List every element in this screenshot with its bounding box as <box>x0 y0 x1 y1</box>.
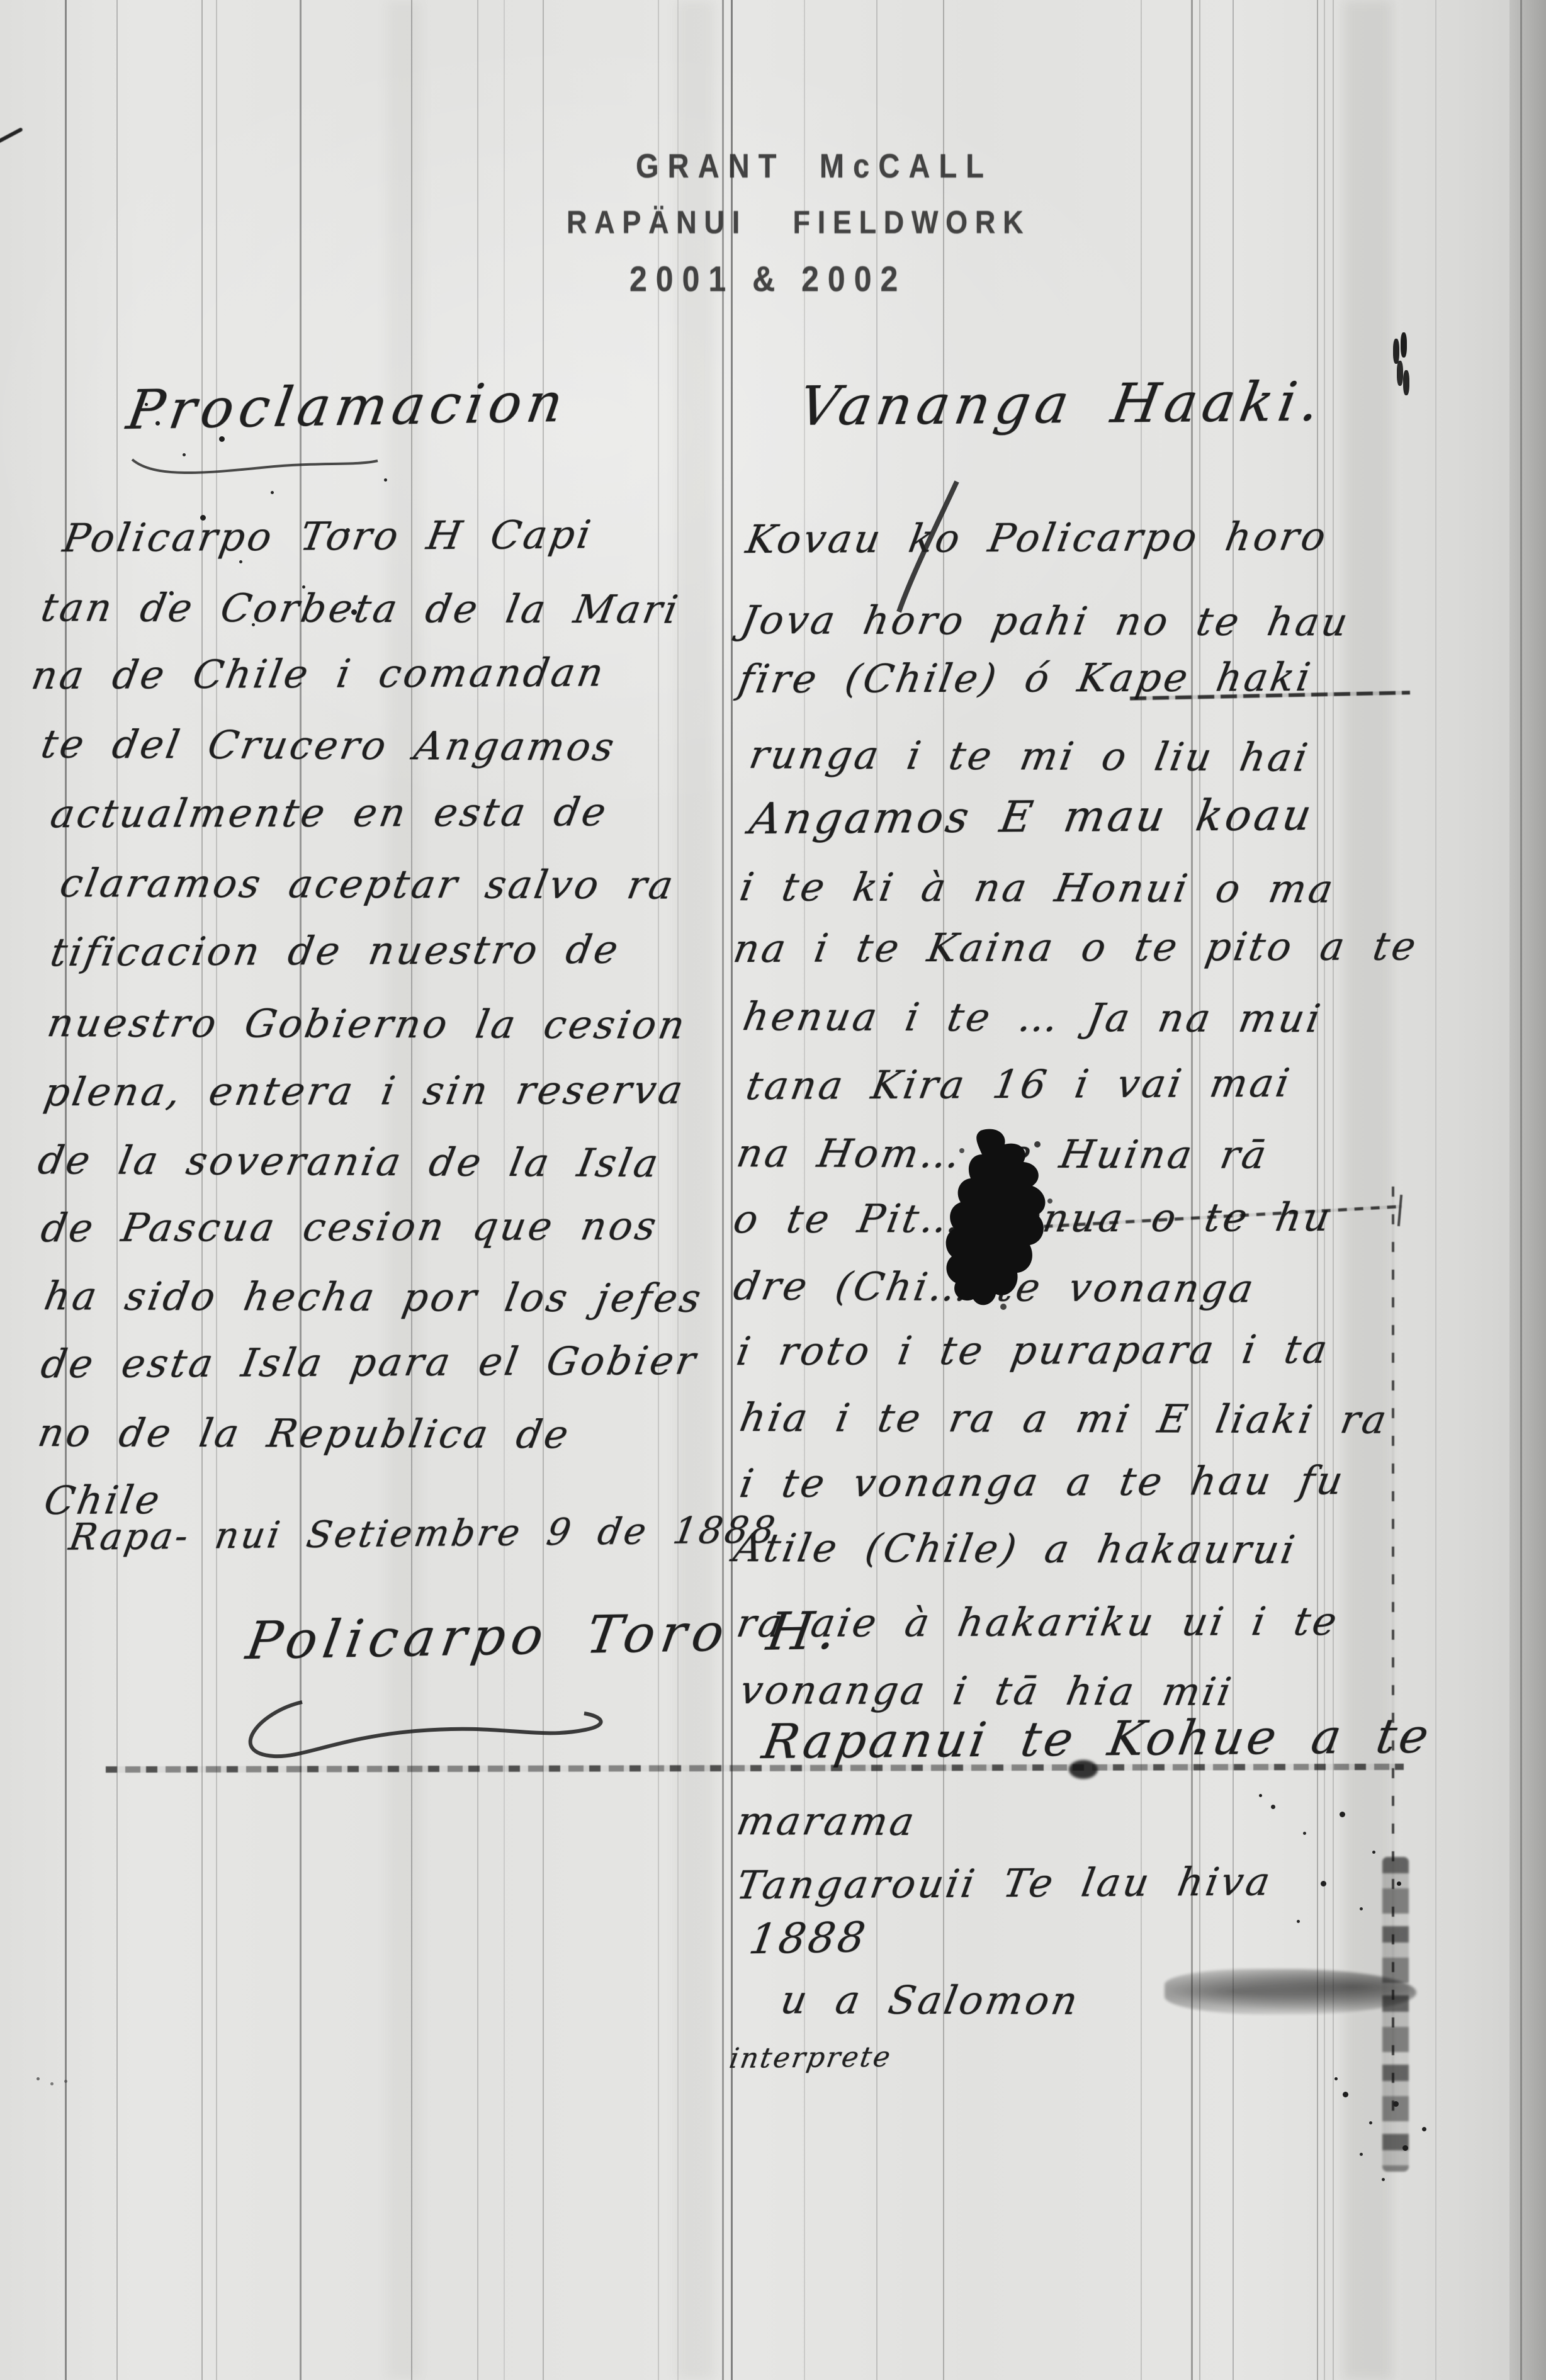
fold-line <box>504 0 505 2380</box>
scan-shading-band <box>677 0 714 2380</box>
manuscript-line: fire (Chile) ó Kape haki <box>735 654 1316 702</box>
left-column-heading: Proclamacion <box>123 371 572 442</box>
fold-line <box>658 0 659 2380</box>
manuscript-line: te del Crucero Angamos <box>38 721 620 770</box>
fold-line <box>1199 0 1200 2380</box>
signature-flourish <box>208 1693 611 1762</box>
fold-line <box>216 0 217 2380</box>
manuscript-line: claramos aceptar salvo ra <box>57 860 679 908</box>
right-margin-ink-streak <box>1382 1857 1409 2172</box>
stamp-line-3: 2001 & 2002 <box>629 258 906 300</box>
column-divider-line <box>731 0 733 2380</box>
manuscript-line: de esta Isla para el Gobier <box>38 1338 702 1387</box>
manuscript-line: Kovau ko Policarpo horo <box>743 513 1332 562</box>
manuscript-line: Tangarouii Te lau hiva <box>733 1858 1276 1908</box>
fold-line <box>1141 0 1142 2380</box>
manuscript-line: ra aie à hakariku ui i te <box>733 1598 1343 1646</box>
manuscript-line: actualmente en esta de <box>47 789 612 837</box>
manuscript-line: Angamos E mau koau <box>746 791 1317 844</box>
manuscript-line: runga i te mi o liu hai <box>746 731 1314 781</box>
stamp-line-1: GRANT McCALL <box>636 146 993 186</box>
manuscript-line: interprete <box>727 2041 894 2075</box>
right-edge-shadow <box>1509 0 1546 2380</box>
signature-smudge <box>1165 1969 1416 2014</box>
manuscript-line: Atile (Chile) a hakaurui <box>730 1525 1301 1572</box>
fold-line <box>1435 0 1436 2380</box>
manuscript-line: tana Kira 16 i vai mai <box>743 1059 1295 1108</box>
fold-line <box>1333 0 1334 2380</box>
fold-line <box>1317 0 1318 2380</box>
right-column-heading: Vananga Haaki. <box>794 371 1329 438</box>
fold-line <box>1520 0 1522 2380</box>
manuscript-line: de Pascua cesion que nos <box>38 1203 662 1251</box>
pen-mark <box>0 127 23 144</box>
manuscript-line: Jova horo pahi no te hau <box>738 597 1354 645</box>
manuscript-line: tificacion de nuestro de <box>47 926 624 975</box>
manuscript-line: u a Salomon <box>777 1977 1084 2024</box>
fold-line <box>201 0 203 2380</box>
fold-line <box>876 0 877 2380</box>
manuscript-line: i te vonanga a te hau fu <box>736 1457 1349 1506</box>
manuscript-line: ha sido hecha por los jefes <box>41 1273 707 1321</box>
manuscript-line: nuestro Gobierno la cesion <box>44 1000 691 1048</box>
scanned-document-page: GRANT McCALL RAPÄNUI FIELDWORK 2001 & 20… <box>0 0 1546 2380</box>
ink-tick <box>1401 332 1407 358</box>
fold-line <box>65 0 67 2380</box>
fold-line <box>477 0 478 2380</box>
manuscript-line: tan de Corbeta de la Mari <box>38 584 684 633</box>
heading-underline-swash <box>129 448 381 486</box>
manuscript-line: Rapanui te Kohue a te <box>759 1708 1436 1769</box>
manuscript-line: marama <box>733 1798 920 1844</box>
fold-line <box>543 0 544 2380</box>
speckle-cluster <box>37 2077 40 2080</box>
speckle-cluster <box>1334 2077 1338 2080</box>
manuscript-line: de la soverania de la Isla <box>35 1137 664 1186</box>
manuscript-line: no de la Republica de <box>35 1409 575 1457</box>
fold-line <box>804 0 805 2380</box>
fold-line <box>300 0 302 2380</box>
fold-line <box>677 0 679 2380</box>
manuscript-line: Policarpo Toro H Capi <box>60 511 597 561</box>
manuscript-line: 1888 <box>746 1913 871 1963</box>
scan-shading-band <box>387 0 422 2380</box>
manuscript-line: henua i te … Ja na mui <box>740 993 1326 1041</box>
stamp-line-2: RAPÄNUI FIELDWORK <box>567 204 1030 241</box>
manuscript-line: vonanga i tā hia mii <box>736 1667 1237 1715</box>
manuscript-line: i roto i te purapara i ta <box>733 1326 1333 1374</box>
fold-line <box>1191 0 1193 2380</box>
fold-line <box>1233 0 1234 2380</box>
fold-line <box>1324 0 1325 2380</box>
date-line: Rapa- nui Setiembre 9 de 1888 <box>66 1508 781 1559</box>
fold-line <box>116 0 118 2380</box>
manuscript-line: hia i te ra a mi E liaki ra <box>736 1394 1392 1443</box>
manuscript-line: i te ki à na Honui o ma <box>736 864 1339 911</box>
speckle-cluster <box>1259 1794 1262 1797</box>
ink-blot <box>943 1125 1063 1311</box>
manuscript-line: na i te Kaina o te pito a te <box>730 923 1422 971</box>
column-divider-line <box>722 0 724 2380</box>
manuscript-line: plena, entera i sin reserva <box>41 1066 689 1115</box>
margin-rule-hook <box>1397 1195 1402 1226</box>
fold-line <box>411 0 412 2380</box>
manuscript-line: na de Chile i comandan <box>28 649 609 698</box>
